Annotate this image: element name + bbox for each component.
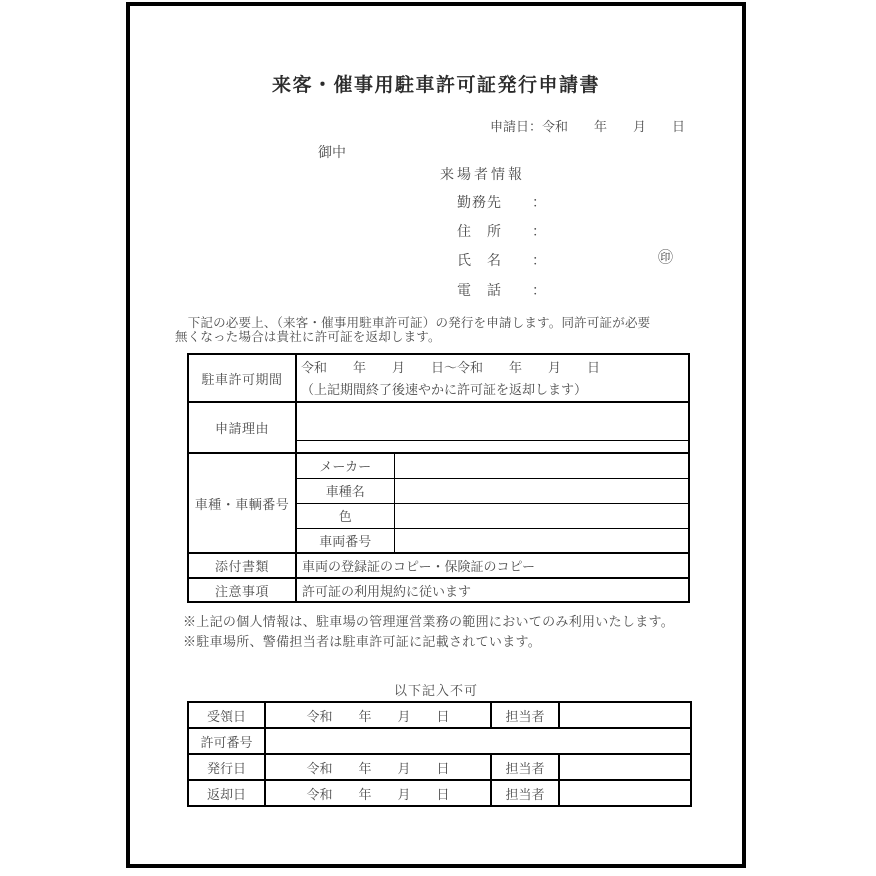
- period-label: 駐車許可期間: [188, 354, 296, 402]
- remark-privacy: ※上記の個人情報は、駐車場の管理運営業務の範囲においてのみ利用いたします。: [183, 611, 674, 630]
- table-row-attachments: 添付書類 車両の登録証のコピー・保険証のコピー: [188, 553, 689, 578]
- reason-value-cell: [296, 402, 689, 453]
- table-row-reason: 申請理由: [188, 402, 689, 453]
- vehicle-label: 車種・車輌番号: [188, 453, 296, 553]
- remark-location: ※駐車場所、警備担当者は駐車許可証に記載されています。: [183, 631, 541, 650]
- vehicle-color-value-cell: [394, 503, 689, 528]
- office-use-heading: 以下記入不可: [130, 680, 742, 699]
- field-label-phone: 電 話 ：: [457, 280, 547, 300]
- received-date-value: 令和 年 月 日: [265, 702, 491, 728]
- table-row-issued: 発行日 令和 年 月 日 担当者: [188, 754, 691, 780]
- application-date-line: 申請日：令和 年 月 日: [490, 116, 685, 135]
- returned-staff-value-cell: [559, 780, 691, 806]
- table-row-vehicle-maker: 車種・車輌番号 メーカー: [188, 453, 689, 478]
- received-staff-value-cell: [559, 702, 691, 728]
- table-row-permit-number: 許可番号: [188, 728, 691, 754]
- vehicle-maker-value-cell: [394, 453, 689, 478]
- field-label-name: 氏 名 ：: [457, 250, 547, 270]
- returned-date-label: 返却日: [188, 780, 265, 806]
- table-row-caution: 注意事項 許可証の利用規約に従います: [188, 578, 689, 602]
- table-row-period: 駐車許可期間 令和 年 月 日～令和 年 月 日 （上記期間終了後速やかに許可証…: [188, 354, 689, 402]
- permit-number-label: 許可番号: [188, 728, 265, 754]
- caution-label: 注意事項: [188, 578, 296, 602]
- permit-number-value-cell: [265, 728, 691, 754]
- vehicle-number-value-cell: [394, 528, 689, 553]
- period-value-cell: 令和 年 月 日～令和 年 月 日 （上記期間終了後速やかに許可証を返却します）: [296, 354, 689, 402]
- attachments-value: 車両の登録証のコピー・保険証のコピー: [296, 553, 689, 578]
- vehicle-model-value-cell: [394, 478, 689, 503]
- received-staff-label: 担当者: [491, 702, 559, 728]
- received-date-label: 受領日: [188, 702, 265, 728]
- vehicle-model-label: 車種名: [296, 478, 394, 503]
- table-row-returned: 返却日 令和 年 月 日 担当者: [188, 780, 691, 806]
- issued-date-label: 発行日: [188, 754, 265, 780]
- period-date-line: 令和 年 月 日～令和 年 月 日: [301, 357, 688, 379]
- field-label-address: 住 所 ：: [457, 221, 547, 241]
- page-border-frame: 来客・催事用駐車許可証発行申請書 申請日：令和 年 月 日 御中 来場者情報 勤…: [126, 2, 746, 868]
- caution-value: 許可証の利用規約に従います: [296, 578, 689, 602]
- reason-write-line: [297, 415, 688, 441]
- vehicle-color-label: 色: [296, 503, 394, 528]
- returned-staff-label: 担当者: [491, 780, 559, 806]
- returned-date-value: 令和 年 月 日: [265, 780, 491, 806]
- seal-stamp-icon: ㊞: [658, 246, 673, 267]
- issued-date-value: 令和 年 月 日: [265, 754, 491, 780]
- visitor-info-heading: 来場者情報: [440, 164, 525, 184]
- form-title: 来客・催事用駐車許可証発行申請書: [130, 70, 742, 97]
- office-use-table: 受領日 令和 年 月 日 担当者 許可番号 発行日 令和 年 月 日 担当者 返…: [187, 701, 692, 807]
- intro-paragraph: 下記の必要上、（来客・催事用駐車許可証）の発行を申請します。同許可証が必要無くな…: [175, 317, 655, 344]
- vehicle-maker-label: メーカー: [296, 453, 394, 478]
- permit-application-table: 駐車許可期間 令和 年 月 日～令和 年 月 日 （上記期間終了後速やかに許可証…: [187, 353, 690, 603]
- vehicle-number-label: 車両番号: [296, 528, 394, 553]
- issued-staff-label: 担当者: [491, 754, 559, 780]
- issued-staff-value-cell: [559, 754, 691, 780]
- attachments-label: 添付書類: [188, 553, 296, 578]
- table-row-received: 受領日 令和 年 月 日 担当者: [188, 702, 691, 728]
- period-note-line: （上記期間終了後速やかに許可証を返却します）: [301, 379, 688, 401]
- field-label-workplace: 勤務先 ：: [457, 192, 547, 212]
- reason-label: 申請理由: [188, 402, 296, 453]
- recipient-suffix: 御中: [318, 142, 346, 162]
- page-canvas: { "doc": { "title": "来客・催事用駐車許可証発行申請書", …: [0, 0, 876, 876]
